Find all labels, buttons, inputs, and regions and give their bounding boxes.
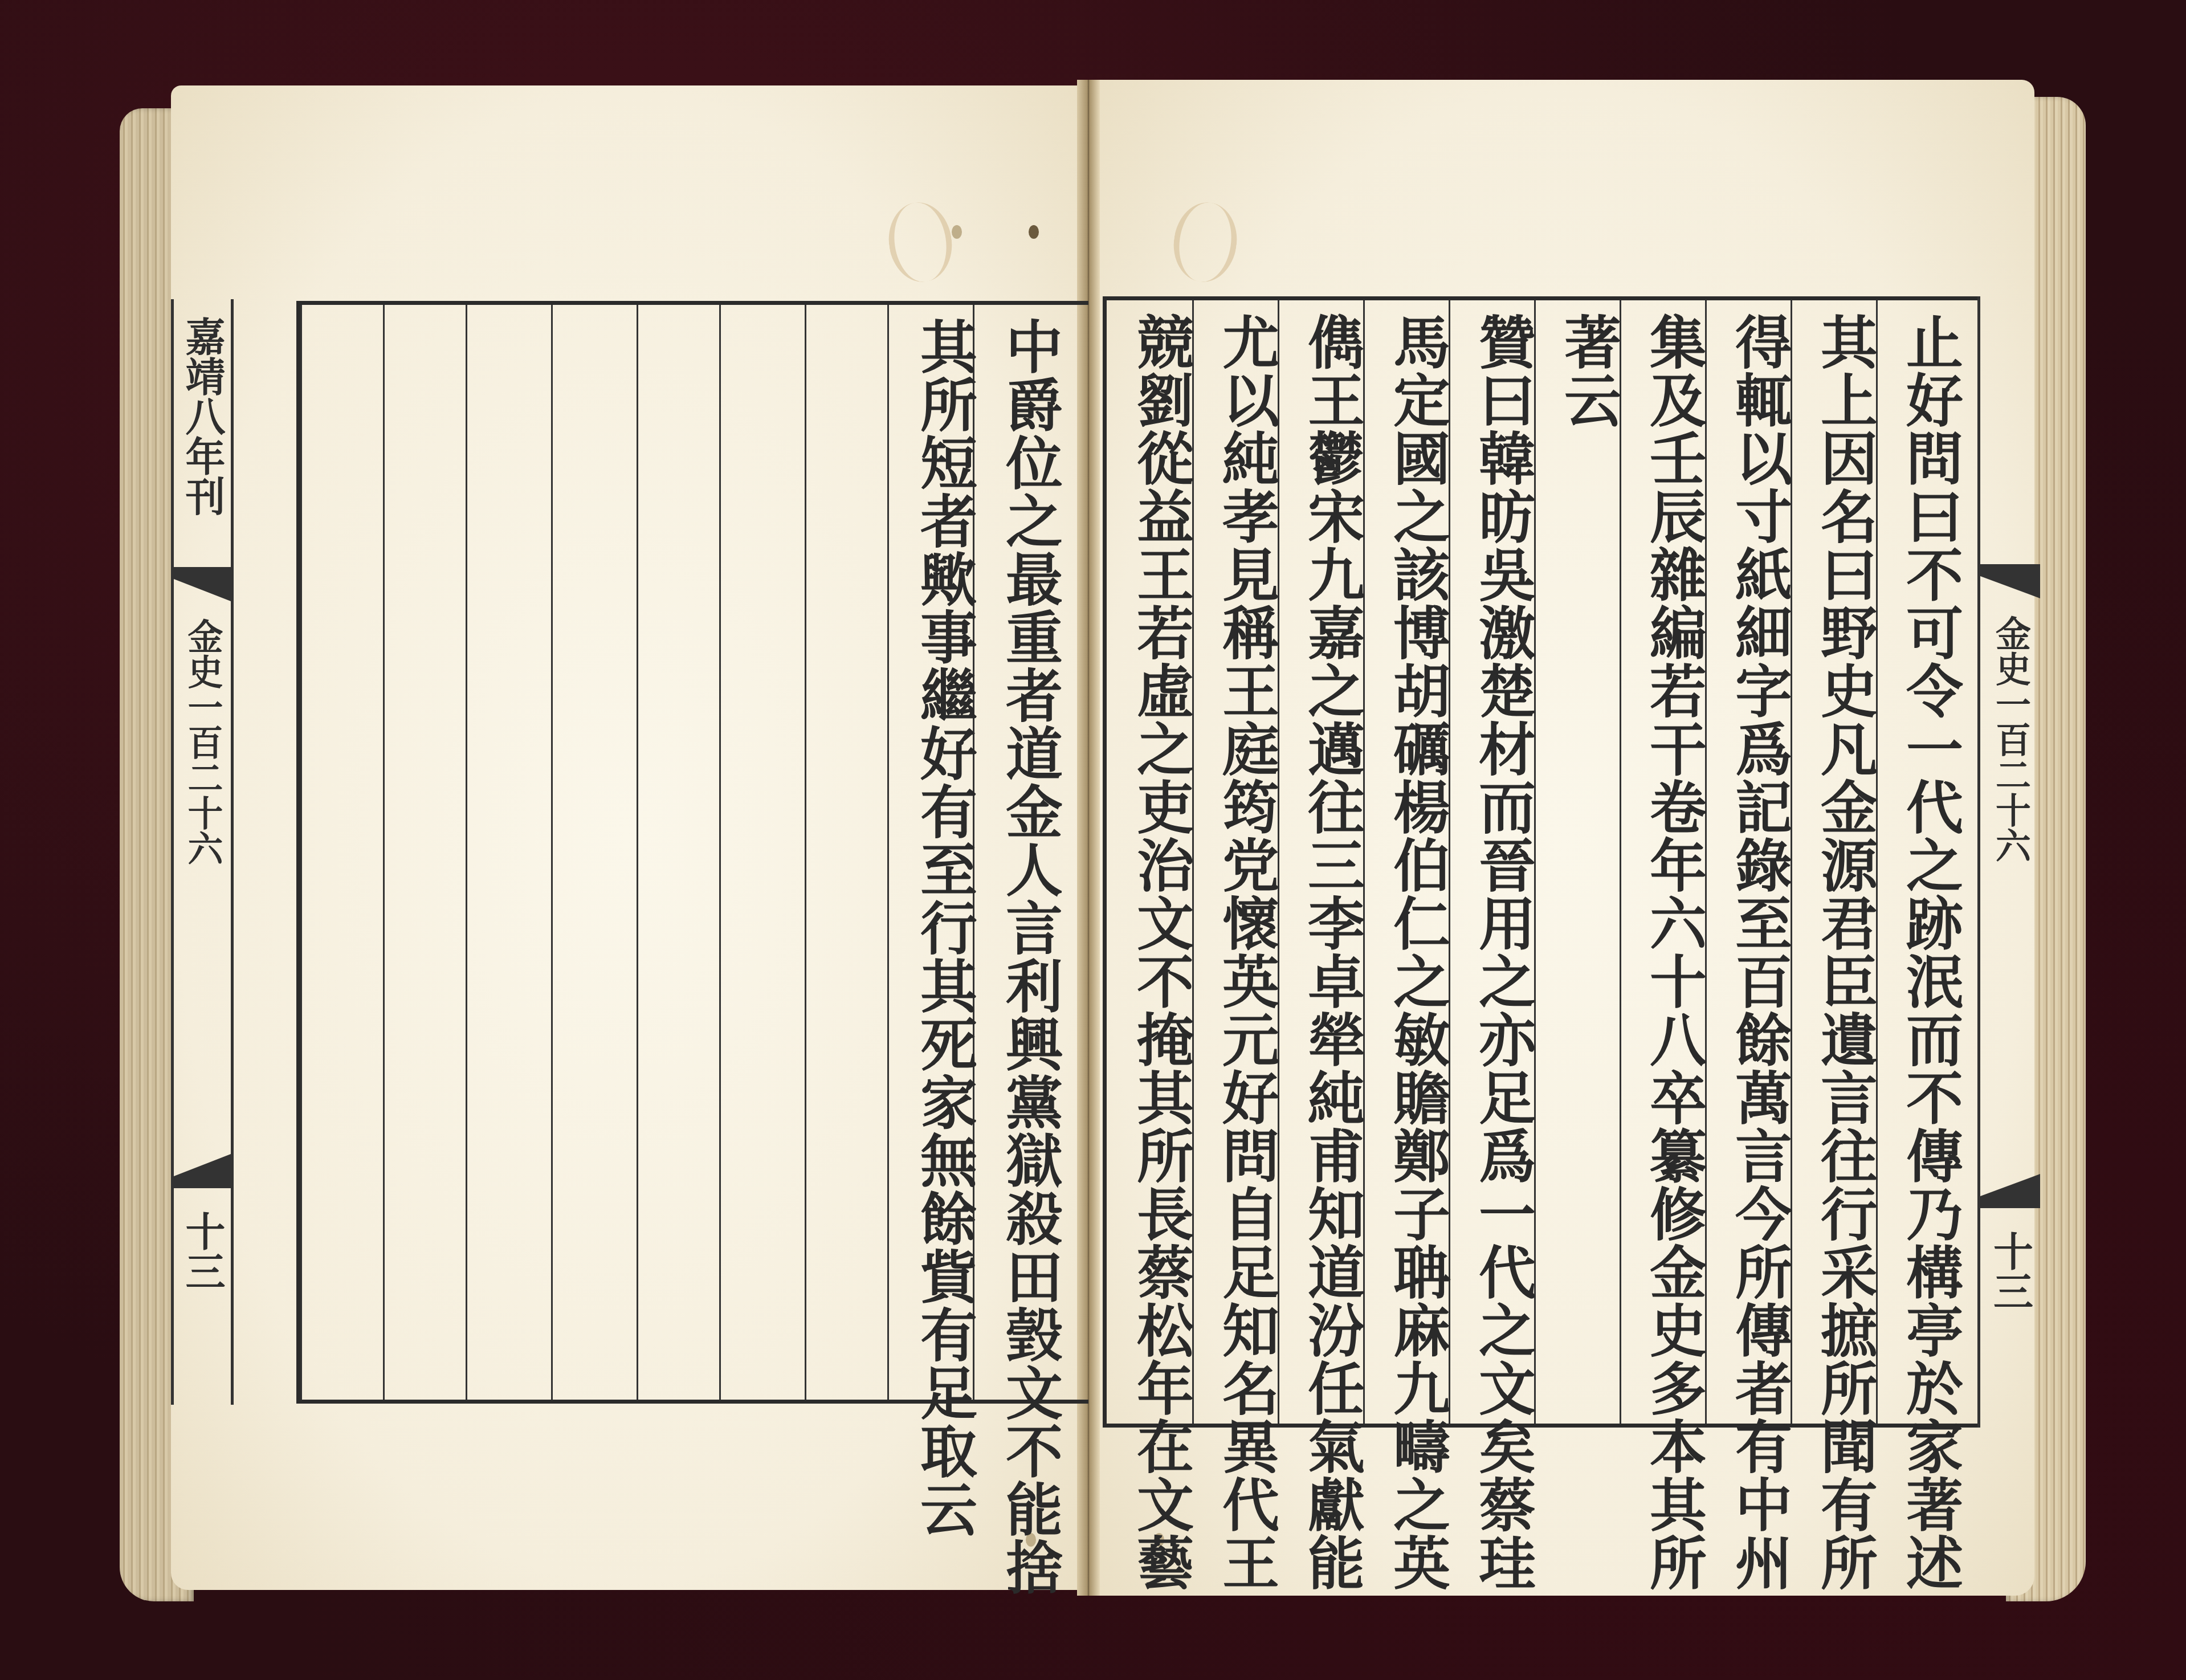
text-column: 其上因名曰野史凡金源君臣遺言往行采摭所聞有所 [1808, 313, 1882, 1592]
binding-hole [952, 225, 962, 239]
text-column: 中爵位之最重者道金人言利興黨獄殺田瑴文不能捨 [993, 317, 1067, 1596]
text-column: 集及壬辰雜編若干卷年六十八卒纂修金史多本其所 [1637, 313, 1711, 1592]
text-column: 儁王鬱宋九嘉之邁往三李卓犖純甫知道汾任氣獻能 [1295, 313, 1369, 1592]
left-text-frame: 中爵位之最重者道金人言利興黨獄殺田瑴文不能捨 其所短者歟事繼好有至行其死家無餘貲… [296, 301, 1088, 1404]
binding-hole [1029, 225, 1039, 239]
right-text-frame: 止好問曰不可令一代之跡泯而不傳乃構亭於家著述 其上因名曰野史凡金源君臣遺言往行采… [1103, 296, 1977, 1428]
text-column: 競劉從益王若虛之吏治文不掩其所長蔡松年在文藝 [1124, 313, 1198, 1592]
text-column: 得輒以寸紙細字爲記錄至百餘萬言今所傳者有中州 [1722, 313, 1796, 1592]
leaf-number: 十三 [1988, 1231, 2033, 1311]
leaf-number: 十三 [180, 1211, 225, 1291]
juan-label: 金史一百二十六 [182, 618, 223, 866]
text-column: 止好問曰不可令一代之跡泯而不傳乃構亭於家著述 [1893, 313, 1967, 1592]
fishtail-mark-bottom [174, 1154, 231, 1188]
text-column: 著云 [1551, 313, 1625, 429]
right-banxin: 金史一百二十六 十三 [1977, 296, 2040, 1428]
fishtail-mark-top [1980, 564, 2040, 598]
fishtail-mark-bottom [1980, 1174, 2040, 1208]
text-column: 尤以純孝見稱王庭筠党懷英元好問自足知名異代王 [1209, 313, 1283, 1592]
left-banxin: 嘉靖八年刊 金史一百二十六 十三 [171, 299, 234, 1405]
book-spread: 嘉靖八年刊 金史一百二十六 十三 中爵位之最重者道金人言利興黨獄殺田瑴文不能捨 … [0, 0, 2186, 1680]
zan-column: 贊曰韓昉吳激楚材而晉用之亦足爲一代之文矣蔡珪 [1466, 313, 1540, 1592]
fishtail-mark-top [174, 567, 231, 601]
text-column: 其所短者歟事繼好有至行其死家無餘貲有足取云 [907, 317, 981, 1538]
text-column: 馬定國之該博胡礪楊伯仁之敏贍鄭子聃麻九疇之英 [1380, 313, 1454, 1592]
edition-label: 嘉靖八年刊 [180, 316, 225, 516]
juan-label: 金史一百二十六 [1990, 615, 2031, 863]
